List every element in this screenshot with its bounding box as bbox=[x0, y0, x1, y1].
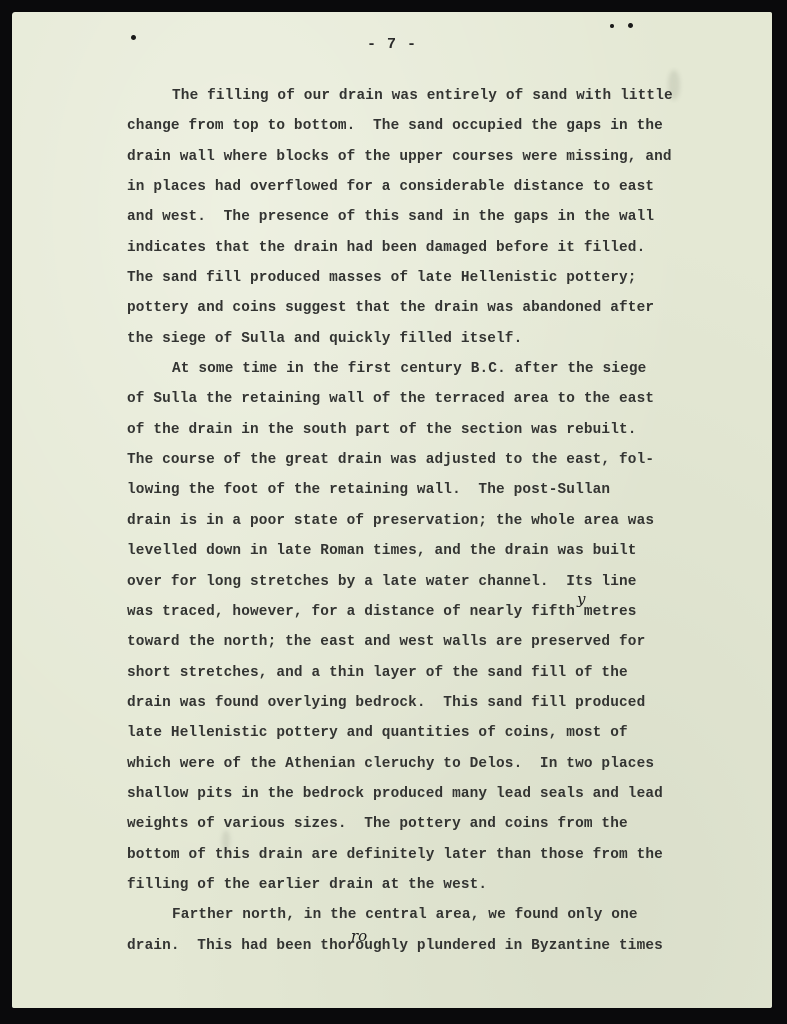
text-line: short stretches, and a thin layer of the… bbox=[127, 658, 697, 688]
typewritten-page: - 7 - The filling of our drain was entir… bbox=[12, 12, 772, 1008]
text-line: The course of the great drain was adjust… bbox=[127, 445, 697, 475]
text-line: late Hellenistic pottery and quantities … bbox=[127, 718, 697, 748]
text-line: bottom of this drain are definitely late… bbox=[127, 840, 697, 870]
text-line: toward the north; the east and west wall… bbox=[127, 627, 697, 657]
page-number: - 7 - bbox=[12, 36, 772, 53]
handwritten-correction-ro: ro bbox=[351, 927, 367, 945]
text-line: Farther north, in the central area, we f… bbox=[127, 900, 697, 930]
text-line: pottery and coins suggest that the drain… bbox=[127, 293, 697, 323]
text-line: drain wall where blocks of the upper cou… bbox=[127, 142, 697, 172]
text-line: in places had overflowed for a considera… bbox=[127, 172, 697, 202]
text-line: drain. This had been thoroughly plundere… bbox=[127, 931, 697, 961]
text-line: of Sulla the retaining wall of the terra… bbox=[127, 384, 697, 414]
text-line: and west. The presence of this sand in t… bbox=[127, 202, 697, 232]
text-line: At some time in the first century B.C. a… bbox=[127, 354, 697, 384]
text-line: indicates that the drain had been damage… bbox=[127, 233, 697, 263]
text-line: filling of the earlier drain at the west… bbox=[127, 870, 697, 900]
text-line: The filling of our drain was entirely of… bbox=[127, 81, 697, 111]
handwritten-correction-y: y bbox=[577, 590, 585, 608]
punch-hole-mark bbox=[628, 23, 633, 28]
text-line: levelled down in late Roman times, and t… bbox=[127, 536, 697, 566]
text-line: drain was found overlying bedrock. This … bbox=[127, 688, 697, 718]
text-line: was traced, however, for a distance of n… bbox=[127, 597, 697, 627]
text-line: shallow pits in the bedrock produced man… bbox=[127, 779, 697, 809]
text-line: over for long stretches by a late water … bbox=[127, 567, 697, 597]
text-line: The sand fill produced masses of late He… bbox=[127, 263, 697, 293]
punch-hole-mark bbox=[610, 24, 614, 28]
text-line: the siege of Sulla and quickly filled it… bbox=[127, 324, 697, 354]
text-line: which were of the Athenian cleruchy to D… bbox=[127, 749, 697, 779]
text-line: lowing the foot of the retaining wall. T… bbox=[127, 475, 697, 505]
text-line: weights of various sizes. The pottery an… bbox=[127, 809, 697, 839]
text-line: drain is in a poor state of preservation… bbox=[127, 506, 697, 536]
document-body: The filling of our drain was entirely of… bbox=[127, 81, 697, 961]
text-line: of the drain in the south part of the se… bbox=[127, 415, 697, 445]
text-line: change from top to bottom. The sand occu… bbox=[127, 111, 697, 141]
